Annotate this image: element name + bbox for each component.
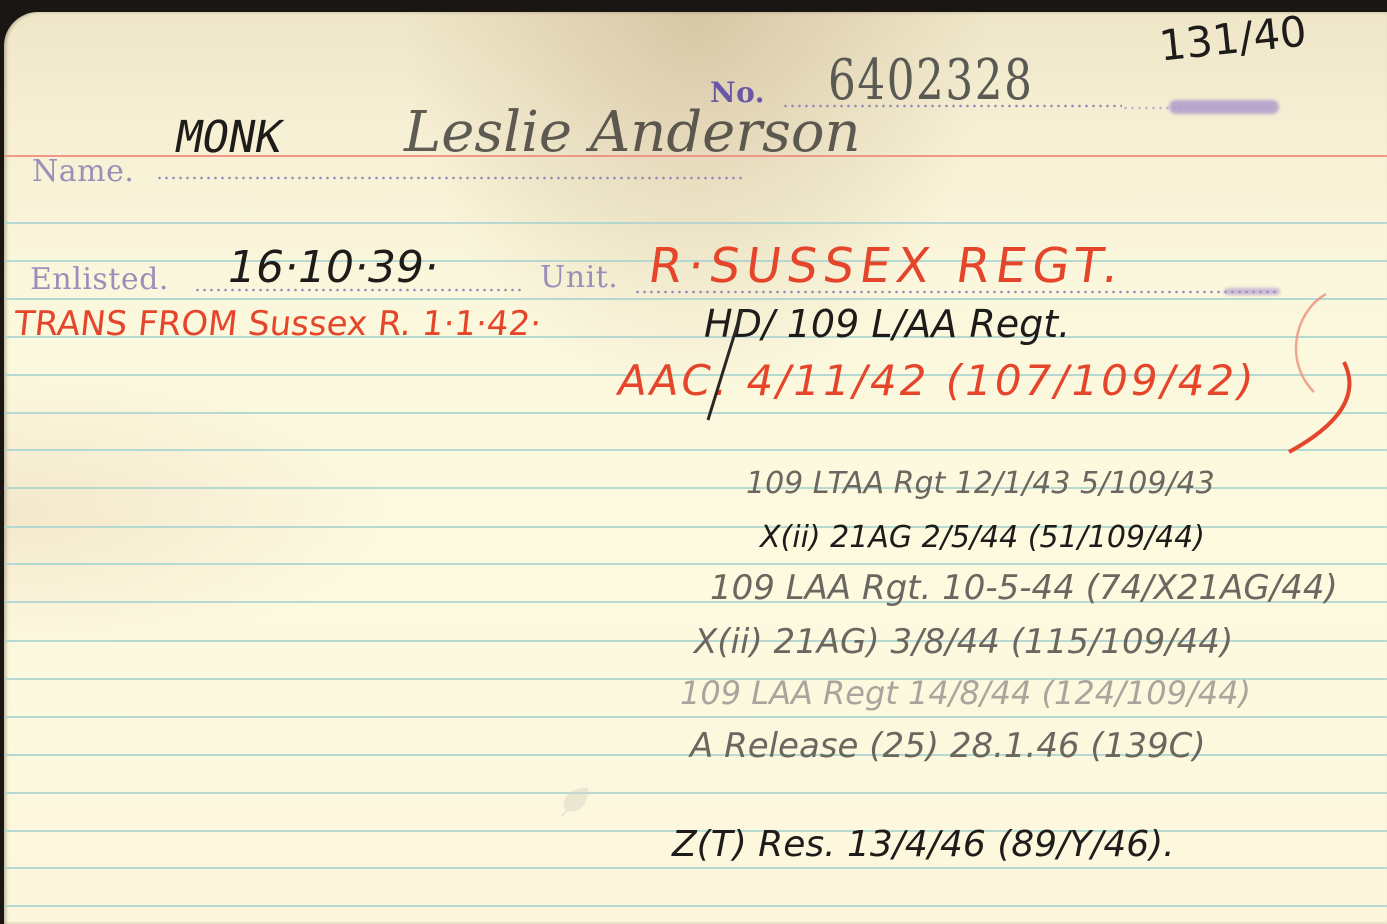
leaf-watermark-icon	[556, 782, 594, 820]
enlisted-date: 16·10·39·	[228, 242, 438, 293]
entry-reserve: Z(T) Res. 13/4/46 (89/Y/46).	[672, 824, 1175, 865]
forenames: Leslie Anderson	[404, 100, 861, 165]
entry-regiment: HD/ 109 L/AA Regt.	[704, 302, 1070, 346]
blue-rule	[4, 449, 1387, 451]
service-record-card: 131/40 No. 6402328 Name. MONK Leslie And…	[4, 12, 1387, 924]
blue-rule	[4, 298, 1387, 300]
card-reference: 131/40	[1157, 12, 1309, 71]
unit-value: R·SUSSEX REGT.	[645, 238, 1129, 294]
entry-21ag: X(ii) 21AG 2/5/44 (51/109/44)	[760, 520, 1205, 555]
name-dotted-line	[156, 176, 746, 180]
entry-21ag-2: X(ii) 21AG) 3/8/44 (115/109/44)	[694, 622, 1233, 662]
surname: MONK	[172, 112, 287, 163]
blue-rule	[4, 716, 1387, 718]
entry-109-ltaa: 109 LTAA Rgt 12/1/43 5/109/43	[746, 466, 1215, 501]
blue-rule	[4, 867, 1387, 869]
enlisted-label: Enlisted.	[30, 262, 169, 297]
name-label: Name.	[32, 154, 134, 189]
blue-rule	[4, 905, 1387, 907]
ink-smudge	[1169, 100, 1279, 114]
blue-rule	[4, 222, 1387, 224]
entry-transfer: TRANS FROM Sussex R. 1·1·42·	[12, 304, 543, 344]
unit-label: Unit.	[540, 260, 618, 295]
strike-mark	[694, 302, 754, 432]
ink-smudge	[1224, 288, 1280, 295]
red-bracket-mark	[1274, 282, 1374, 462]
blue-rule	[4, 563, 1387, 565]
entry-109-laa: 109 LAA Rgt. 10-5-44 (74/X21AG/44)	[710, 568, 1338, 608]
entry-109-laa-2: 109 LAA Regt 14/8/44 (124/109/44)	[680, 674, 1251, 712]
entry-release: A Release (25) 28.1.46 (139C)	[690, 726, 1206, 766]
blue-rule	[4, 792, 1387, 794]
